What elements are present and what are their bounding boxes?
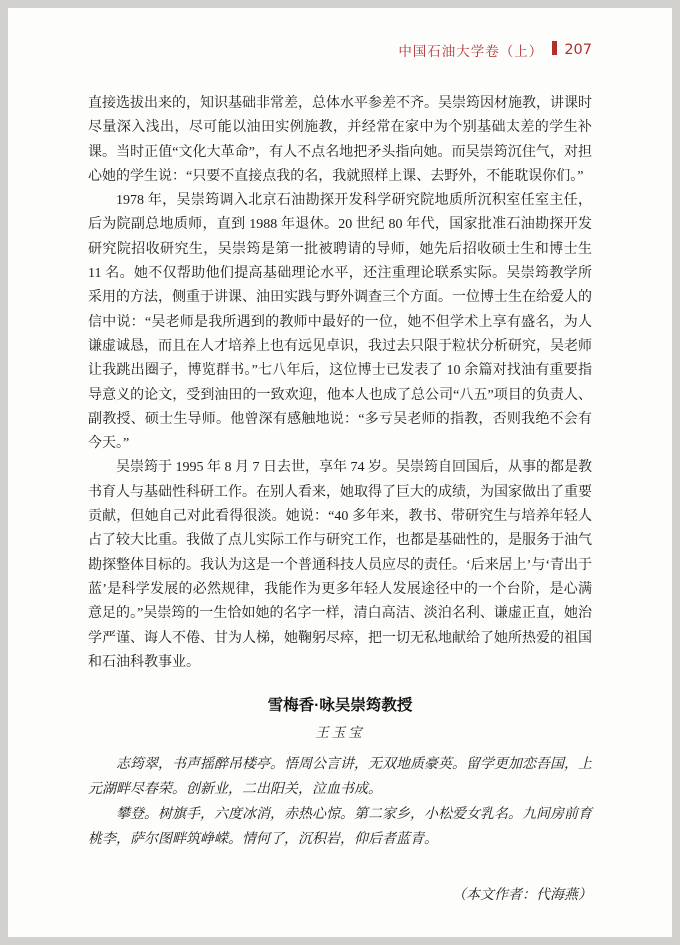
- body-paragraph-1: 直接选拔出来的，知识基础非常差，总体水平参差不齐。吴崇筠因材施教，讲课时尽量深入…: [88, 92, 592, 189]
- page-number-divider-bar: [552, 41, 557, 55]
- page-number: 207: [564, 42, 592, 58]
- poem-title: 雪梅香·咏吴崇筠教授: [88, 694, 592, 718]
- poem-stanza-1: 志筠翠，书声摇醉吊楼亭。悟周公言讲，无双地质豪英。留学更加恋吾国，上元湖畔尽春荣…: [88, 752, 592, 802]
- poem-stanza-2: 攀登。树旗手，六度冰消，赤热心惊。第二家乡，小松爱女乳名。九间房前育桃李，萨尔图…: [88, 802, 592, 852]
- book-page: 中国石油大学卷（上）207 直接选拔出来的，知识基础非常差，总体水平参差不齐。吴…: [8, 8, 672, 937]
- body-paragraph-3: 吴崇筠于 1995 年 8 月 7 日去世，享年 74 岁。吴崇筠自回国后，从事…: [88, 456, 592, 675]
- poem-body: 志筠翠，书声摇醉吊楼亭。悟周公言讲，无双地质豪英。留学更加恋吾国，上元湖畔尽春荣…: [88, 752, 592, 852]
- poem-author: 王玉宝: [88, 722, 592, 744]
- article-attribution: （本文作者：代海燕）: [88, 884, 592, 908]
- body-paragraph-2: 1978 年，吴崇筠调入北京石油勘探开发科学研究院地质所沉积室任室主任，后为院副…: [88, 189, 592, 456]
- page-body: 直接选拔出来的，知识基础非常差，总体水平参差不齐。吴崇筠因材施教，讲课时尽量深入…: [88, 92, 592, 908]
- book-title: 中国石油大学卷（上）: [398, 44, 543, 59]
- page-header: 中国石油大学卷（上）207: [88, 40, 592, 58]
